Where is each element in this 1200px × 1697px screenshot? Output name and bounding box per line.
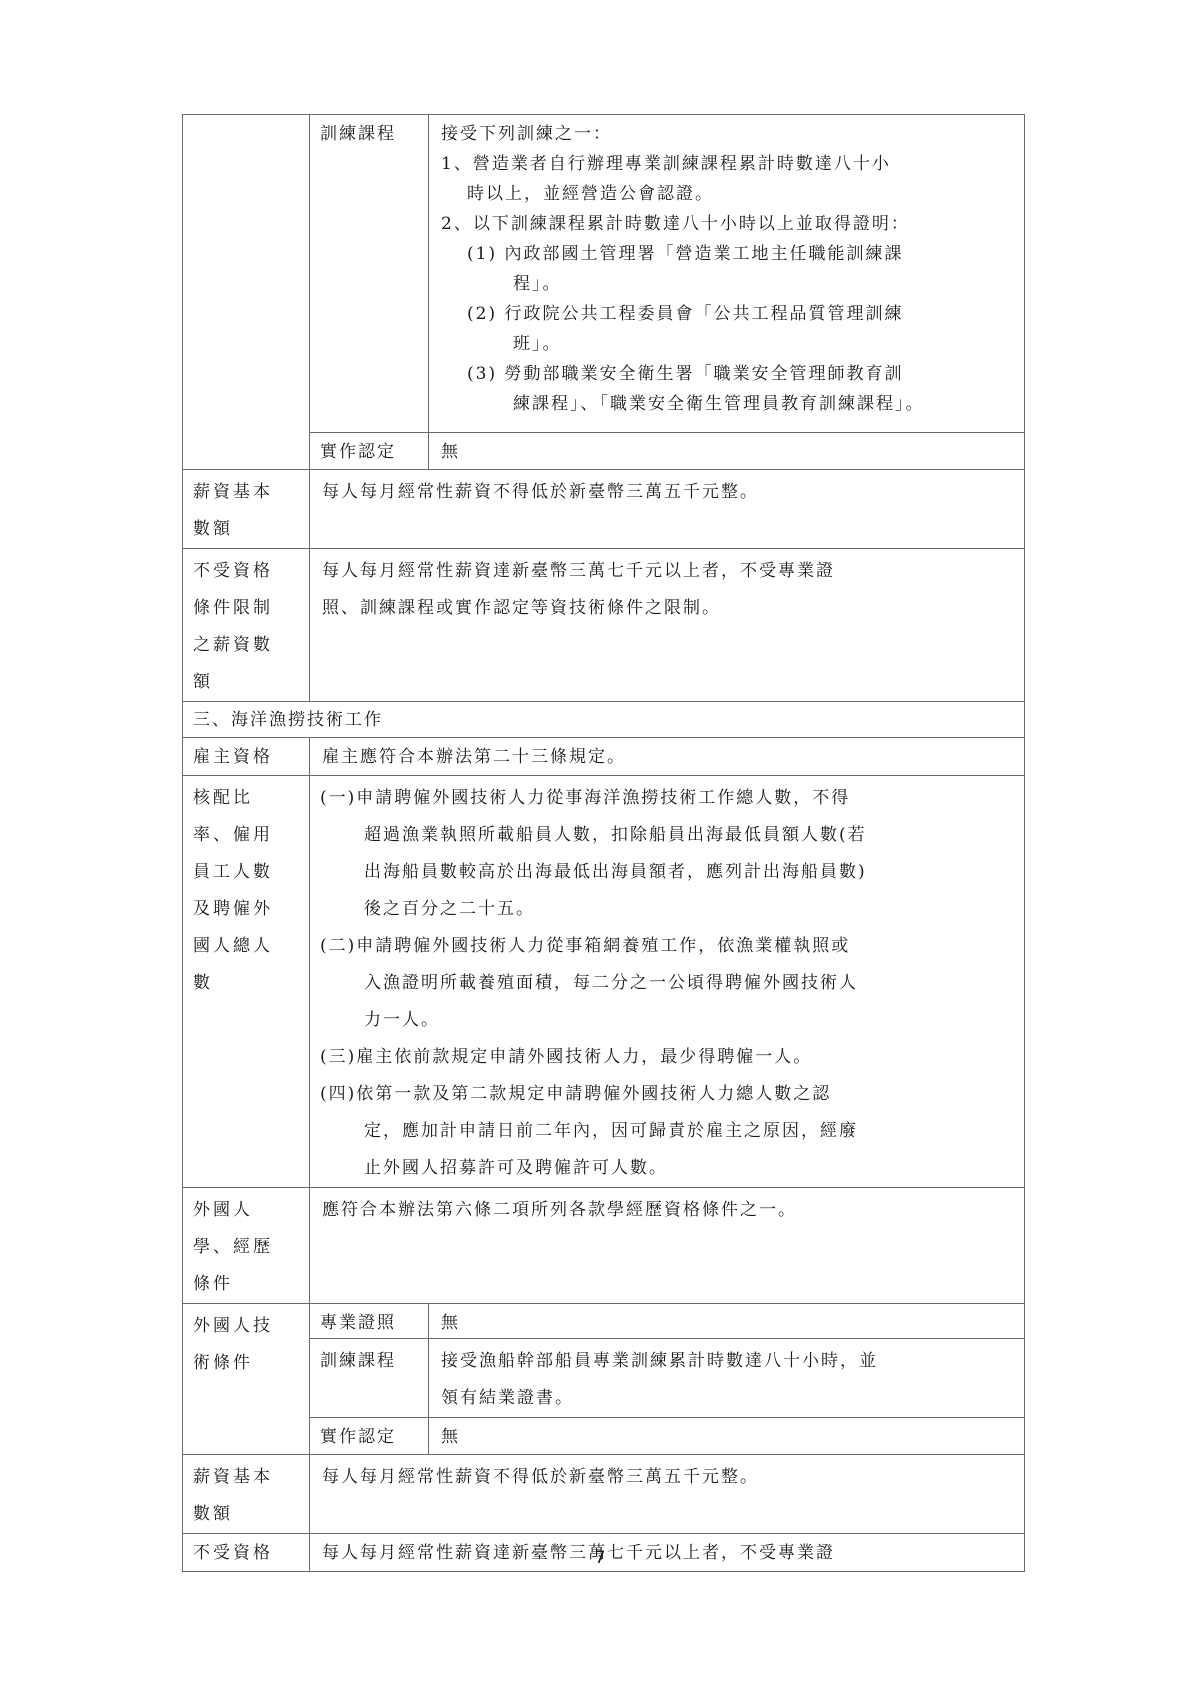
license-label: 專業證照 [310,1304,429,1339]
salary-basic-label: 薪資基本 數額 [183,470,310,549]
row-tech-license: 外國人技 術條件 專業證照 無 [183,1304,1025,1339]
tech-practice-label: 實作認定 [310,1418,429,1455]
row-practice: 實作認定 無 [183,433,1025,470]
row-salary-basic-2: 薪資基本 數額 每人每月經常性薪資不得低於新臺幣三萬五千元整。 [183,1455,1025,1534]
row-training-course: 訓練課程 接受下列訓練之一： 1、營造業者自行辦理專業訓練課程累計時數達八十小 … [183,115,1025,433]
row-tech-practice: 實作認定 無 [183,1418,1025,1455]
salary-basic-value-2: 每人每月經常性薪資不得低於新臺幣三萬五千元整。 [310,1455,1025,1534]
ratio-content: (一)申請聘僱外國技術人力從事海洋漁撈技術工作總人數，不得 超過漁業執照所載船員… [310,776,1025,1188]
salary-basic-label-2: 薪資基本 數額 [183,1455,310,1534]
empty-label-cell [183,115,310,470]
education-value: 應符合本辦法第六條二項所列各款學經歷資格條件之一。 [310,1188,1025,1304]
ratio-label: 核配比 率、僱用 員工人數 及聘僱外 國人總人 數 [183,776,310,1188]
employer-label: 雇主資格 [183,738,310,776]
page-number: 7 [0,1548,1200,1568]
tech-practice-value: 無 [429,1418,1025,1455]
row-ratio: 核配比 率、僱用 員工人數 及聘僱外 國人總人 數 (一)申請聘僱外國技術人力從… [183,776,1025,1188]
row-education: 外國人 學、經歷 條件 應符合本辦法第六條二項所列各款學經歷資格條件之一。 [183,1188,1025,1304]
practice-value: 無 [429,433,1025,470]
employer-value: 雇主應符合本辦法第二十三條規定。 [310,738,1025,776]
row-employer: 雇主資格 雇主應符合本辦法第二十三條規定。 [183,738,1025,776]
training-course-content: 接受下列訓練之一： 1、營造業者自行辦理專業訓練課程累計時數達八十小 時以上，並… [429,115,1025,433]
regulation-table: 訓練課程 接受下列訓練之一： 1、營造業者自行辦理專業訓練課程累計時數達八十小 … [182,114,1025,1572]
practice-label: 實作認定 [310,433,429,470]
training-course-label: 訓練課程 [310,115,429,433]
row-salary-exempt: 不受資格 條件限制 之薪資數 額 每人每月經常性薪資達新臺幣三萬七千元以上者，不… [183,549,1025,702]
row-section-title: 三、海洋漁撈技術工作 [183,702,1025,738]
row-tech-training: 訓練課程 接受漁船幹部船員專業訓練累計時數達八十小時，並 領有結業證書。 [183,1339,1025,1418]
row-salary-basic: 薪資基本 數額 每人每月經常性薪資不得低於新臺幣三萬五千元整。 [183,470,1025,549]
salary-basic-value: 每人每月經常性薪資不得低於新臺幣三萬五千元整。 [310,470,1025,549]
section-title: 三、海洋漁撈技術工作 [183,702,1025,738]
salary-exempt-label: 不受資格 條件限制 之薪資數 額 [183,549,310,702]
license-value: 無 [429,1304,1025,1339]
salary-exempt-value: 每人每月經常性薪資達新臺幣三萬七千元以上者，不受專業證 照、訓練課程或實作認定等… [310,549,1025,702]
technical-label: 外國人技 術條件 [183,1304,310,1455]
education-label: 外國人 學、經歷 條件 [183,1188,310,1304]
tech-training-label: 訓練課程 [310,1339,429,1418]
tech-training-value: 接受漁船幹部船員專業訓練累計時數達八十小時，並 領有結業證書。 [429,1339,1025,1418]
